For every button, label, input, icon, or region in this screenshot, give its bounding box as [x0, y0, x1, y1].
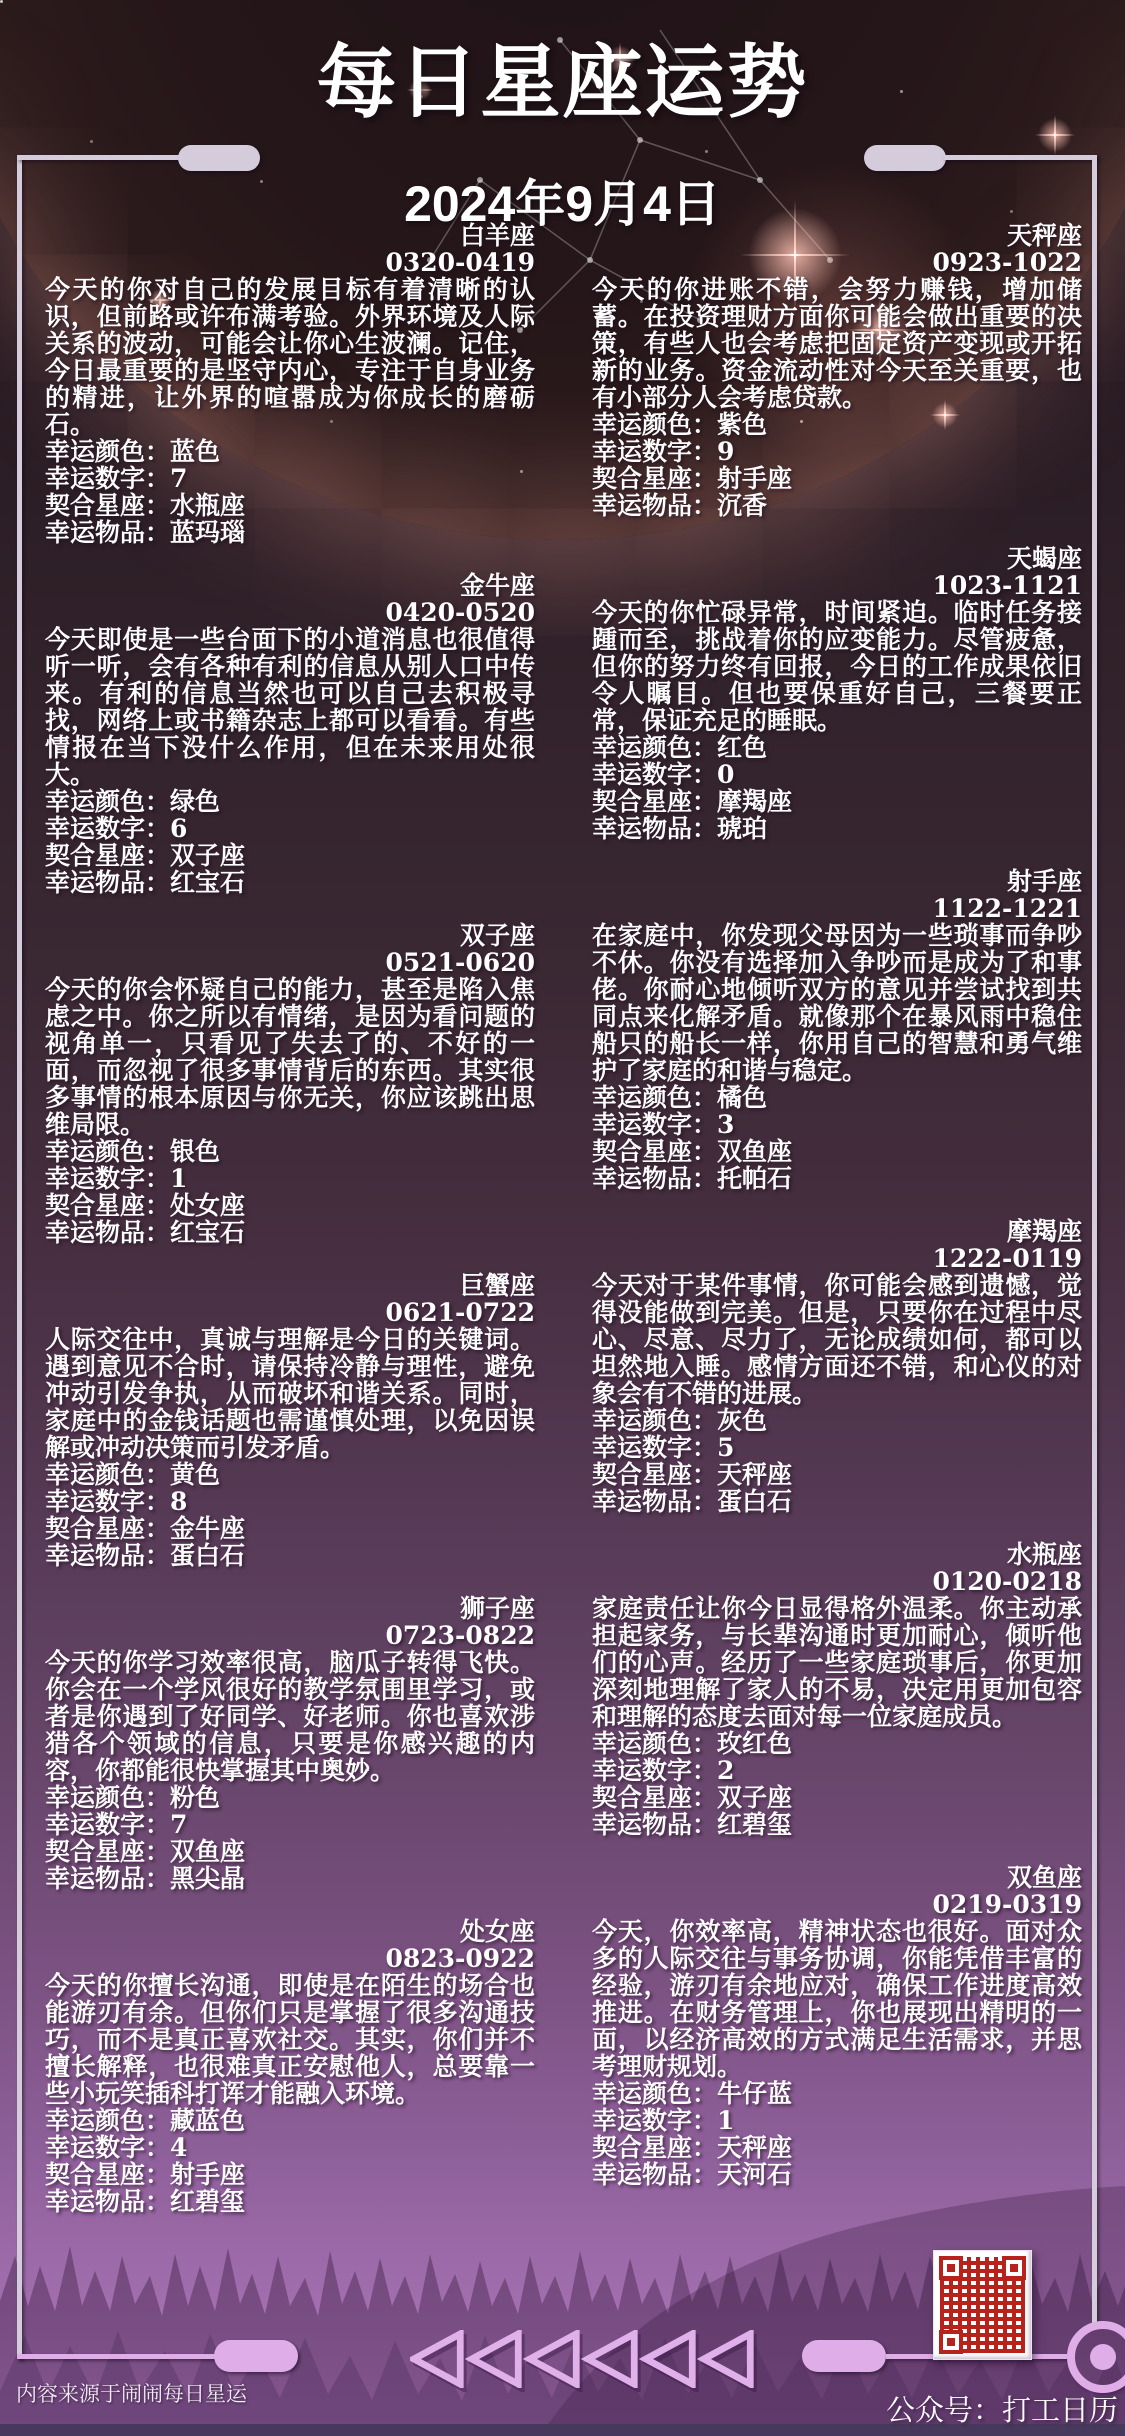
zodiac-name: 双鱼座	[592, 1864, 1082, 1891]
lucky-color-label: 幸运颜色：	[45, 1783, 170, 1812]
zodiac-name: 双子座	[45, 922, 535, 949]
zodiac-section: 金牛座 0420-0520 今天即使是一些台面下的小道消息也很值得听一听，会有各…	[45, 572, 535, 896]
match-sign-value: 摩羯座	[717, 787, 792, 816]
match-sign-value: 射手座	[170, 2160, 245, 2189]
lucky-item-line: 幸运物品：沉香	[592, 492, 1082, 519]
zodiac-forecast: 今天即使是一些台面下的小道消息也很值得听一听，会有各种有利的信息从别人口中传来。…	[45, 626, 535, 788]
lucky-number-label: 幸运数字：	[592, 1110, 717, 1139]
lucky-number-value: 7	[170, 1810, 187, 1839]
zodiac-section: 狮子座 0723-0822 今天的你学习效率很高，脑瓜子转得飞快。你会在一个学风…	[45, 1595, 535, 1892]
zodiac-name: 天蝎座	[592, 545, 1082, 572]
match-sign-value: 处女座	[170, 1191, 245, 1220]
lucky-color-label: 幸运颜色：	[45, 2106, 170, 2135]
lucky-color-value: 粉色	[170, 1783, 220, 1812]
footer-source: 内容来源于闹闹每日星运	[16, 2378, 247, 2408]
match-sign-label: 契合星座：	[592, 1783, 717, 1812]
lucky-number-value: 5	[717, 1433, 734, 1462]
lucky-color-line: 幸运颜色：绿色	[45, 788, 535, 815]
lucky-color-value: 蓝色	[170, 437, 220, 466]
lucky-number-line: 幸运数字：7	[45, 1811, 535, 1838]
lucky-number-label: 幸运数字：	[592, 1433, 717, 1462]
lucky-item-line: 幸运物品：红碧玺	[45, 2188, 535, 2215]
lucky-item-value: 天河石	[717, 2160, 792, 2189]
lucky-number-value: 4	[170, 2133, 187, 2162]
match-sign-label: 契合星座：	[45, 1514, 170, 1543]
zodiac-name: 巨蟹座	[45, 1272, 535, 1299]
lucky-item-label: 幸运物品：	[45, 2187, 170, 2216]
lucky-number-line: 幸运数字：2	[592, 1757, 1082, 1784]
lucky-number-line: 幸运数字：1	[592, 2107, 1082, 2134]
lucky-number-line: 幸运数字：1	[45, 1165, 535, 1192]
lucky-number-value: 3	[717, 1110, 734, 1139]
zodiac-name: 白羊座	[45, 222, 535, 249]
match-sign-value: 双鱼座	[170, 1837, 245, 1866]
zodiac-forecast: 今天的你进账不错，会努力赚钱，增加储蓄。在投资理财方面你可能会做出重要的决策，有…	[592, 276, 1082, 411]
zodiac-name: 狮子座	[45, 1595, 535, 1622]
lucky-number-label: 幸运数字：	[45, 814, 170, 843]
lucky-color-label: 幸运颜色：	[592, 2079, 717, 2108]
match-sign-value: 双鱼座	[717, 1137, 792, 1166]
frame-border-right	[1092, 155, 1097, 2325]
lucky-color-label: 幸运颜色：	[592, 410, 717, 439]
zodiac-section: 处女座 0823-0922 今天的你擅长沟通，即使是在陌生的场合也能游刃有余。但…	[45, 1918, 535, 2215]
zodiac-forecast: 今天对于某件事情，你可能会感到遗憾，觉得没能做到完美。但是，只要你在过程中尽心、…	[592, 1272, 1082, 1407]
zodiac-column-left: 白羊座 0320-0419 今天的你对自己的发展目标有着清晰的认识，但前路或许布…	[45, 222, 535, 2241]
match-sign-label: 契合星座：	[592, 1137, 717, 1166]
lucky-number-line: 幸运数字：3	[592, 1111, 1082, 1138]
lucky-number-label: 幸运数字：	[592, 760, 717, 789]
match-sign-value: 天秤座	[717, 2133, 792, 2162]
zodiac-name: 金牛座	[45, 572, 535, 599]
lucky-number-value: 6	[170, 814, 187, 843]
frame-pill-bottom-right	[802, 2340, 886, 2372]
lucky-color-line: 幸运颜色：银色	[45, 1138, 535, 1165]
lucky-number-line: 幸运数字：7	[45, 465, 535, 492]
lucky-number-label: 幸运数字：	[45, 2133, 170, 2162]
zodiac-name: 天秤座	[592, 222, 1082, 249]
zodiac-name: 处女座	[45, 1918, 535, 1945]
lucky-item-value: 红碧玺	[170, 2187, 245, 2216]
lucky-color-label: 幸运颜色：	[45, 1137, 170, 1166]
lucky-number-line: 幸运数字：0	[592, 761, 1082, 788]
lucky-color-value: 牛仔蓝	[717, 2079, 792, 2108]
lucky-number-label: 幸运数字：	[592, 437, 717, 466]
lucky-color-label: 幸运颜色：	[45, 1460, 170, 1489]
match-sign-line: 契合星座：天秤座	[592, 2134, 1082, 2161]
zodiac-column-right: 天秤座 0923-1022 今天的你进账不错，会努力赚钱，增加储蓄。在投资理财方…	[592, 222, 1082, 2214]
lucky-number-label: 幸运数字：	[45, 1164, 170, 1193]
lucky-item-value: 蓝玛瑙	[170, 518, 245, 547]
lucky-item-label: 幸运物品：	[592, 1487, 717, 1516]
qr-finder-icon	[939, 2256, 963, 2280]
zodiac-forecast: 家庭责任让你今日显得格外温柔。你主动承担起家务，与长辈沟通时更加耐心，倾听他们的…	[592, 1595, 1082, 1730]
match-sign-line: 契合星座：天秤座	[592, 1461, 1082, 1488]
lucky-color-line: 幸运颜色：牛仔蓝	[592, 2080, 1082, 2107]
match-sign-line: 契合星座：摩羯座	[592, 788, 1082, 815]
match-sign-label: 契合星座：	[45, 2160, 170, 2189]
frame-border-left	[17, 155, 22, 2359]
match-sign-value: 双子座	[717, 1783, 792, 1812]
match-sign-label: 契合星座：	[45, 1191, 170, 1220]
lucky-color-label: 幸运颜色：	[592, 1729, 717, 1758]
lucky-color-value: 绿色	[170, 787, 220, 816]
zodiac-name: 水瓶座	[592, 1541, 1082, 1568]
lucky-item-line: 幸运物品：蛋白石	[592, 1488, 1082, 1515]
star-dots-decoration	[0, 0, 3, 3]
lucky-color-label: 幸运颜色：	[45, 787, 170, 816]
lucky-item-line: 幸运物品：蓝玛瑙	[45, 519, 535, 546]
lucky-color-line: 幸运颜色：粉色	[45, 1784, 535, 1811]
lucky-color-value: 橘色	[717, 1083, 767, 1112]
zodiac-section: 双子座 0521-0620 今天的你会怀疑自己的能力，甚至是陷入焦虑之中。你之所…	[45, 922, 535, 1246]
zodiac-section: 白羊座 0320-0419 今天的你对自己的发展目标有着清晰的认识，但前路或许布…	[45, 222, 535, 546]
lucky-number-value: 0	[717, 760, 734, 789]
match-sign-line: 契合星座：处女座	[45, 1192, 535, 1219]
lucky-color-value: 玫红色	[717, 1729, 792, 1758]
qr-finder-icon	[939, 2330, 963, 2354]
poster-title: 每日星座运势	[0, 18, 1125, 133]
lucky-color-value: 藏蓝色	[170, 2106, 245, 2135]
zodiac-name: 射手座	[592, 868, 1082, 895]
match-sign-label: 契合星座：	[592, 787, 717, 816]
lucky-item-value: 托帕石	[717, 1164, 792, 1193]
frame-pill-bottom-left	[214, 2340, 298, 2372]
lucky-number-label: 幸运数字：	[45, 464, 170, 493]
frame-border-top-left	[17, 155, 182, 160]
zodiac-forecast: 今天的你擅长沟通，即使是在陌生的场合也能游刃有余。但你们只是掌握了很多沟通技巧，…	[45, 1972, 535, 2107]
left-arrows-decoration	[410, 2330, 758, 2388]
zodiac-date-range: 0320-0419	[45, 249, 535, 276]
lucky-number-line: 幸运数字：8	[45, 1488, 535, 1515]
zodiac-date-range: 0120-0218	[592, 1568, 1082, 1595]
match-sign-value: 双子座	[170, 841, 245, 870]
lucky-item-line: 幸运物品：托帕石	[592, 1165, 1082, 1192]
zodiac-section: 双鱼座 0219-0319 今天，你效率高，精神状态也很好。面对众多的人际交往与…	[592, 1864, 1082, 2188]
lucky-item-label: 幸运物品：	[592, 1810, 717, 1839]
lucky-number-value: 1	[717, 2106, 734, 2135]
lucky-color-value: 灰色	[717, 1406, 767, 1435]
match-sign-line: 契合星座：射手座	[592, 465, 1082, 492]
lucky-item-label: 幸运物品：	[592, 491, 717, 520]
qr-pattern	[940, 2257, 1025, 2353]
lucky-item-label: 幸运物品：	[592, 2160, 717, 2189]
lucky-color-line: 幸运颜色：藏蓝色	[45, 2107, 535, 2134]
match-sign-label: 契合星座：	[592, 1460, 717, 1489]
frame-border-top-right	[944, 155, 1097, 160]
lucky-number-value: 8	[170, 1487, 187, 1516]
lucky-item-label: 幸运物品：	[45, 868, 170, 897]
lucky-item-line: 幸运物品：红碧玺	[592, 1811, 1082, 1838]
lucky-number-value: 7	[170, 464, 187, 493]
zodiac-forecast: 今天的你对自己的发展目标有着清晰的认识，但前路或许布满考验。外界环境及人际关系的…	[45, 276, 535, 438]
zodiac-name: 摩羯座	[592, 1218, 1082, 1245]
zodiac-date-range: 0723-0822	[45, 1622, 535, 1649]
lucky-color-value: 银色	[170, 1137, 220, 1166]
lucky-color-label: 幸运颜色：	[592, 1083, 717, 1112]
lucky-color-line: 幸运颜色：黄色	[45, 1461, 535, 1488]
lucky-color-label: 幸运颜色：	[45, 437, 170, 466]
lucky-item-line: 幸运物品：蛋白石	[45, 1542, 535, 1569]
zodiac-section: 天蝎座 1023-1121 今天的你忙碌异常，时间紧迫。临时任务接踵而至，挑战着…	[592, 545, 1082, 842]
zodiac-date-range: 1222-0119	[592, 1245, 1082, 1272]
lucky-item-value: 蛋白石	[717, 1487, 792, 1516]
match-sign-label: 契合星座：	[592, 464, 717, 493]
match-sign-line: 契合星座：射手座	[45, 2161, 535, 2188]
lucky-number-value: 1	[170, 1164, 187, 1193]
zodiac-forecast: 今天的你会怀疑自己的能力，甚至是陷入焦虑之中。你之所以有情绪，是因为看问题的视角…	[45, 976, 535, 1138]
lucky-color-line: 幸运颜色：紫色	[592, 411, 1082, 438]
lucky-item-label: 幸运物品：	[45, 518, 170, 547]
zodiac-section: 摩羯座 1222-0119 今天对于某件事情，你可能会感到遗憾，觉得没能做到完美…	[592, 1218, 1082, 1515]
lucky-item-label: 幸运物品：	[45, 1864, 170, 1893]
lucky-color-value: 红色	[717, 733, 767, 762]
lucky-item-line: 幸运物品：琥珀	[592, 815, 1082, 842]
zodiac-forecast: 今天的你学习效率很高，脑瓜子转得飞快。你会在一个学风很好的教学氛围里学习，或者是…	[45, 1649, 535, 1784]
lucky-item-value: 琥珀	[717, 814, 767, 843]
lucky-item-value: 红碧玺	[717, 1810, 792, 1839]
lucky-color-label: 幸运颜色：	[592, 1406, 717, 1435]
lucky-item-label: 幸运物品：	[592, 814, 717, 843]
lucky-color-line: 幸运颜色：蓝色	[45, 438, 535, 465]
lucky-color-line: 幸运颜色：橘色	[592, 1084, 1082, 1111]
match-sign-line: 契合星座：金牛座	[45, 1515, 535, 1542]
lucky-item-label: 幸运物品：	[592, 1164, 717, 1193]
match-sign-label: 契合星座：	[592, 2133, 717, 2162]
match-sign-line: 契合星座：双鱼座	[592, 1138, 1082, 1165]
lucky-item-label: 幸运物品：	[45, 1541, 170, 1570]
lucky-item-line: 幸运物品：红宝石	[45, 1219, 535, 1246]
qr-code	[933, 2250, 1032, 2360]
lucky-color-label: 幸运颜色：	[592, 733, 717, 762]
lucky-number-line: 幸运数字：5	[592, 1434, 1082, 1461]
lucky-number-line: 幸运数字：9	[592, 438, 1082, 465]
lucky-color-line: 幸运颜色：玫红色	[592, 1730, 1082, 1757]
match-sign-value: 射手座	[717, 464, 792, 493]
match-sign-value: 天秤座	[717, 1460, 792, 1489]
zodiac-date-range: 1023-1121	[592, 572, 1082, 599]
lucky-item-value: 红宝石	[170, 868, 245, 897]
lucky-number-value: 2	[717, 1756, 734, 1785]
lucky-item-value: 红宝石	[170, 1218, 245, 1247]
lucky-item-label: 幸运物品：	[45, 1218, 170, 1247]
zodiac-forecast: 今天，你效率高，精神状态也很好。面对众多的人际交往与事务协调，你能凭借丰富的经验…	[592, 1918, 1082, 2080]
match-sign-line: 契合星座：双子座	[45, 842, 535, 869]
frame-border-bottom-left	[17, 2354, 217, 2359]
lucky-color-line: 幸运颜色：红色	[592, 734, 1082, 761]
footer-account: 公众号：打工日历	[886, 2388, 1118, 2429]
zodiac-date-range: 0823-0922	[45, 1945, 535, 1972]
zodiac-date-range: 0420-0520	[45, 599, 535, 626]
zodiac-date-range: 0219-0319	[592, 1891, 1082, 1918]
lucky-number-value: 9	[717, 437, 734, 466]
match-sign-line: 契合星座：双子座	[592, 1784, 1082, 1811]
match-sign-label: 契合星座：	[45, 841, 170, 870]
lucky-color-line: 幸运颜色：灰色	[592, 1407, 1082, 1434]
match-sign-line: 契合星座：双鱼座	[45, 1838, 535, 1865]
lucky-item-line: 幸运物品：黑尖晶	[45, 1865, 535, 1892]
zodiac-date-range: 0923-1022	[592, 249, 1082, 276]
zodiac-section: 射手座 1122-1221 在家庭中，你发现父母因为一些琐事而争吵不休。你没有选…	[592, 868, 1082, 1192]
lucky-item-value: 蛋白石	[170, 1541, 245, 1570]
zodiac-date-range: 1122-1221	[592, 895, 1082, 922]
zodiac-date-range: 0621-0722	[45, 1299, 535, 1326]
zodiac-forecast: 在家庭中，你发现父母因为一些琐事而争吵不休。你没有选择加入争吵而是成为了和事佬。…	[592, 922, 1082, 1084]
lucky-item-line: 幸运物品：天河石	[592, 2161, 1082, 2188]
lucky-number-label: 幸运数字：	[45, 1810, 170, 1839]
lucky-number-line: 幸运数字：4	[45, 2134, 535, 2161]
lucky-color-value: 紫色	[717, 410, 767, 439]
match-sign-label: 契合星座：	[45, 491, 170, 520]
zodiac-section: 天秤座 0923-1022 今天的你进账不错，会努力赚钱，增加储蓄。在投资理财方…	[592, 222, 1082, 519]
lucky-number-label: 幸运数字：	[45, 1487, 170, 1516]
zodiac-section: 巨蟹座 0621-0722 人际交往中，真诚与理解是今日的关键词。遇到意见不合时…	[45, 1272, 535, 1569]
match-sign-value: 水瓶座	[170, 491, 245, 520]
horoscope-poster: { "poster": { "title": "每日星座运势", "date":…	[0, 0, 1125, 2436]
match-sign-label: 契合星座：	[45, 1837, 170, 1866]
lucky-color-value: 黄色	[170, 1460, 220, 1489]
qr-finder-icon	[1002, 2256, 1026, 2280]
match-sign-value: 金牛座	[170, 1514, 245, 1543]
lucky-number-label: 幸运数字：	[592, 2106, 717, 2135]
lucky-item-line: 幸运物品：红宝石	[45, 869, 535, 896]
zodiac-date-range: 0521-0620	[45, 949, 535, 976]
zodiac-forecast: 人际交往中，真诚与理解是今日的关键词。遇到意见不合时，请保持冷静与理性，避免冲动…	[45, 1326, 535, 1461]
zodiac-forecast: 今天的你忙碌异常，时间紧迫。临时任务接踵而至，挑战着你的应变能力。尽管疲惫，但你…	[592, 599, 1082, 734]
zodiac-section: 水瓶座 0120-0218 家庭责任让你今日显得格外温柔。你主动承担起家务，与长…	[592, 1541, 1082, 1838]
lucky-number-label: 幸运数字：	[592, 1756, 717, 1785]
lucky-item-value: 黑尖晶	[170, 1864, 245, 1893]
match-sign-line: 契合星座：水瓶座	[45, 492, 535, 519]
lucky-number-line: 幸运数字：6	[45, 815, 535, 842]
lucky-item-value: 沉香	[717, 491, 767, 520]
